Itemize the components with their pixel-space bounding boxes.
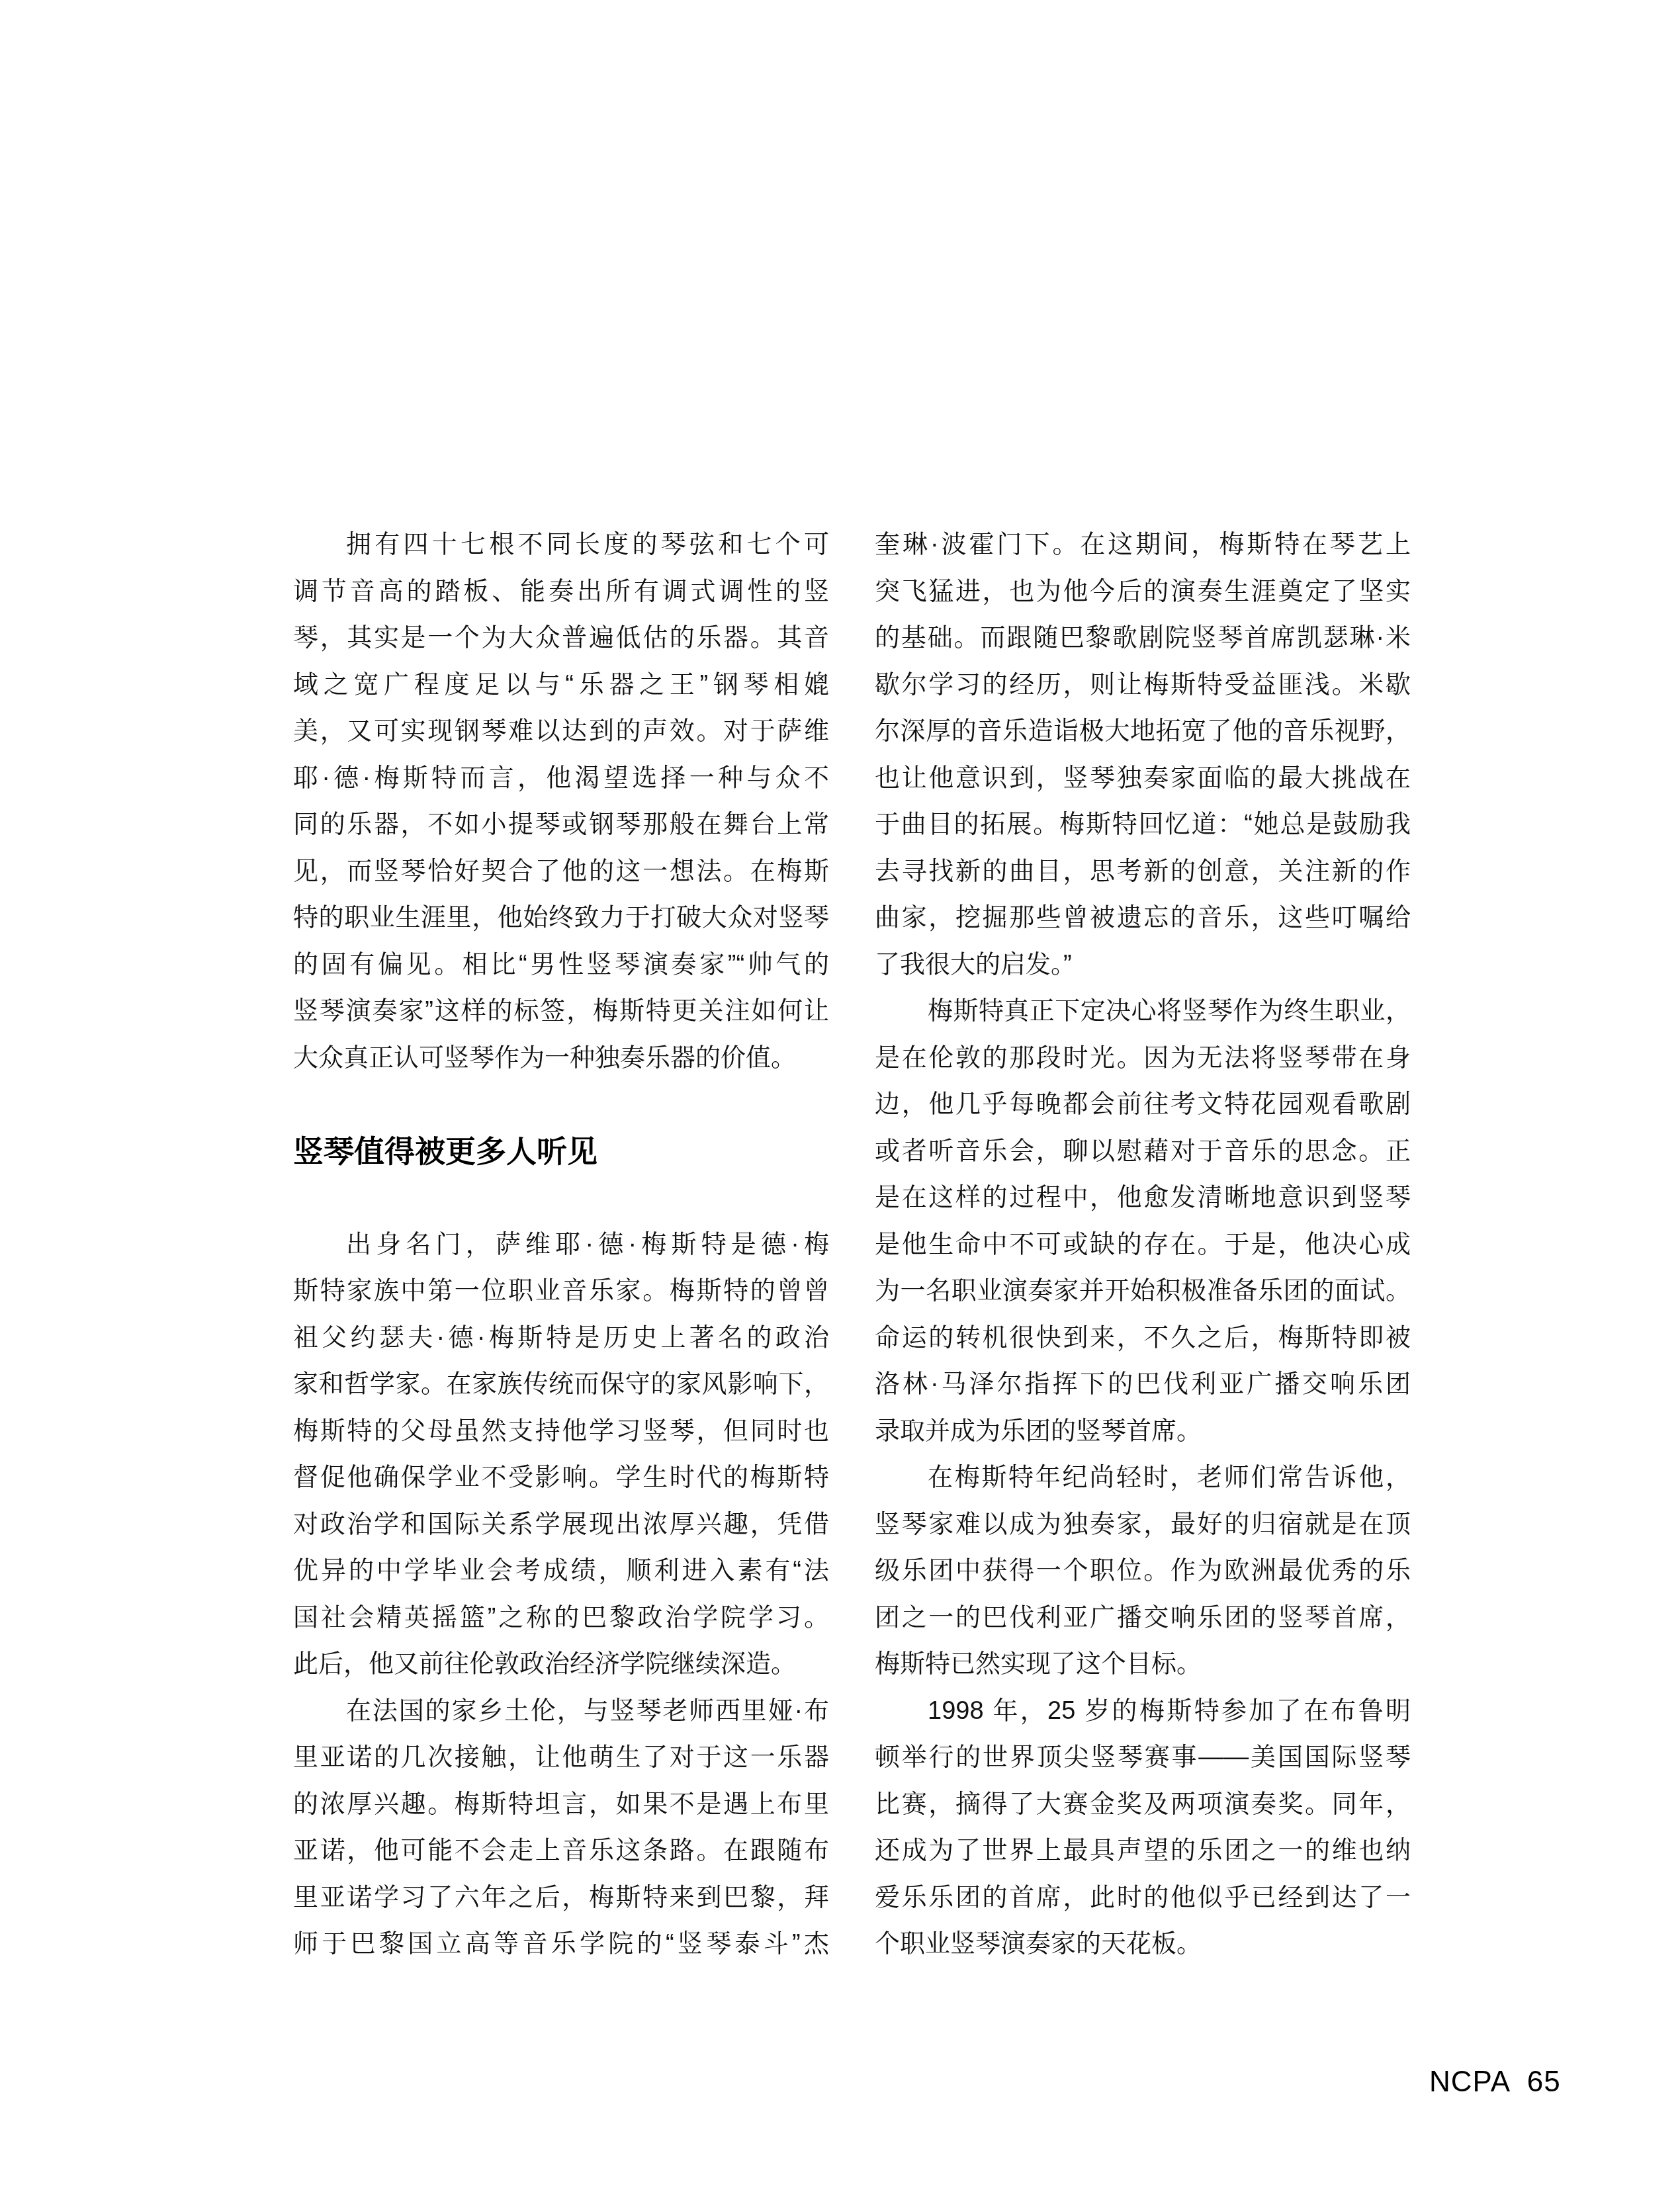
text-line: 美，又可实现钢琴难以达到的声效。对于萨维: [293, 708, 829, 755]
text-line: 级乐团中获得一个职位。作为欧洲最优秀的乐: [875, 1548, 1411, 1595]
text-line: 顿举行的世界顶尖竖琴赛事——美国国际竖琴: [875, 1734, 1411, 1781]
paragraph: 梅斯特真正下定决心将竖琴作为终生职业，是在伦敦的那段时光。因为无法将竖琴带在身边…: [875, 988, 1411, 1454]
text-line: 在法国的家乡土伦，与竖琴老师西里娅·布: [293, 1688, 829, 1735]
text-line: 督促他确保学业不受影响。学生时代的梅斯特: [293, 1454, 829, 1501]
text-line: 于曲目的拓展。梅斯特回忆道：“她总是鼓励我: [875, 801, 1411, 848]
text-line: 录取并成为乐团的竖琴首席。: [875, 1408, 1411, 1455]
text-line: 出身名门，萨维耶·德·梅斯特是德·梅: [293, 1221, 829, 1268]
text-line: 是他生命中不可或缺的存在。于是，他决心成: [875, 1221, 1411, 1268]
text-line: 的浓厚兴趣。梅斯特坦言，如果不是遇上布里: [293, 1781, 829, 1828]
text-line: 曲家，挖掘那些曾被遗忘的音乐，这些叮嘱给: [875, 895, 1411, 941]
text-line: 梅斯特的父母虽然支持他学习竖琴，但同时也: [293, 1408, 829, 1455]
text-line: 在梅斯特年纪尚轻时，老师们常告诉他，: [875, 1454, 1411, 1501]
text-line: 团之一的巴伐利亚广播交响乐团的竖琴首席，: [875, 1595, 1411, 1641]
text-line: 拥有四十七根不同长度的琴弦和七个可: [293, 521, 829, 568]
page-footer: NCPA 65: [1429, 2066, 1561, 2099]
text-line: 是在伦敦的那段时光。因为无法将竖琴带在身: [875, 1035, 1411, 1082]
text-line: 边，他几乎每晚都会前往考文特花园观看歌剧: [875, 1081, 1411, 1128]
section-heading: 竖琴值得被更多人听见: [293, 1128, 829, 1175]
text-line: 此后，他又前往伦敦政治经济学院继续深造。: [293, 1641, 829, 1688]
text-line: 尔深厚的音乐造诣极大地拓宽了他的音乐视野，: [875, 708, 1411, 755]
text-line: 斯特家族中第一位职业音乐家。梅斯特的曾曾: [293, 1268, 829, 1315]
text-line: 了我很大的启发。”: [875, 941, 1411, 988]
text-line: 优异的中学毕业会考成绩，顺利进入素有“法: [293, 1548, 829, 1595]
text-line: 耶·德·梅斯特而言，他渴望选择一种与众不: [293, 755, 829, 802]
paragraph: 在法国的家乡土伦，与竖琴老师西里娅·布里亚诺的几次接触，让他萌生了对于这一乐器的…: [293, 1688, 829, 1968]
text-line: 梅斯特真正下定决心将竖琴作为终生职业，: [875, 988, 1411, 1035]
text-line: 爱乐乐团的首席，此时的他似乎已经到达了一: [875, 1874, 1411, 1921]
text-line: 亚诺，他可能不会走上音乐这条路。在跟随布: [293, 1827, 829, 1874]
text-line: 域之宽广程度足以与“乐器之王”钢琴相媲: [293, 662, 829, 709]
text-line: 歇尔学习的经历，则让梅斯特受益匪浅。米歇: [875, 662, 1411, 709]
text-line: 家和哲学家。在家族传统而保守的家风影响下，: [293, 1361, 829, 1408]
text-line: 祖父约瑟夫·德·梅斯特是历史上著名的政治: [293, 1315, 829, 1362]
text-line: 梅斯特已然实现了这个目标。: [875, 1641, 1411, 1688]
text-line: 或者听音乐会，聊以慰藉对于音乐的思念。正: [875, 1128, 1411, 1175]
text-line: 1998 年，25 岁的梅斯特参加了在布鲁明: [875, 1688, 1411, 1735]
text-line: 个职业竖琴演奏家的天花板。: [875, 1921, 1411, 1968]
paragraph: 奎琳·波霍门下。在这期间，梅斯特在琴艺上突飞猛进，也为他今后的演奏生涯奠定了坚实…: [875, 521, 1411, 988]
text-line: 洛林·马泽尔指挥下的巴伐利亚广播交响乐团: [875, 1361, 1411, 1408]
text-line: 比赛，摘得了大赛金奖及两项演奏奖。同年，: [875, 1781, 1411, 1828]
text-line: 同的乐器，不如小提琴或钢琴那般在舞台上常: [293, 801, 829, 848]
paragraph: 拥有四十七根不同长度的琴弦和七个可调节音高的踏板、能奏出所有调式调性的竖琴，其实…: [293, 521, 829, 1081]
text-line: 去寻找新的曲目，思考新的创意，关注新的作: [875, 848, 1411, 895]
text-line: 琴，其实是一个为大众普遍低估的乐器。其音: [293, 615, 829, 662]
text-line: 突飞猛进，也为他今后的演奏生涯奠定了坚实: [875, 568, 1411, 615]
text-line: 调节音高的踏板、能奏出所有调式调性的竖: [293, 568, 829, 615]
paragraph: 在梅斯特年纪尚轻时，老师们常告诉他，竖琴家难以成为独奏家，最好的归宿就是在顶级乐…: [875, 1454, 1411, 1688]
text-line: 对政治学和国际关系学展现出浓厚兴趣，凭借: [293, 1501, 829, 1548]
text-line: 命运的转机很快到来，不久之后，梅斯特即被: [875, 1315, 1411, 1362]
text-line: 见，而竖琴恰好契合了他的这一想法。在梅斯: [293, 848, 829, 895]
text-line: 竖琴演奏家”这样的标签，梅斯特更关注如何让: [293, 988, 829, 1035]
paragraph: 出身名门，萨维耶·德·梅斯特是德·梅斯特家族中第一位职业音乐家。梅斯特的曾曾祖父…: [293, 1221, 829, 1688]
text-line: 师于巴黎国立高等音乐学院的“竖琴泰斗”杰: [293, 1921, 829, 1968]
text-line: 还成为了世界上最具声望的乐团之一的维也纳: [875, 1827, 1411, 1874]
text-line: 也让他意识到，竖琴独奏家面临的最大挑战在: [875, 755, 1411, 802]
text-column-left: 拥有四十七根不同长度的琴弦和七个可调节音高的踏板、能奏出所有调式调性的竖琴，其实…: [293, 521, 829, 1968]
text-line: 里亚诺学习了六年之后，梅斯特来到巴黎，拜: [293, 1874, 829, 1921]
paragraph: 1998 年，25 岁的梅斯特参加了在布鲁明顿举行的世界顶尖竖琴赛事——美国国际…: [875, 1688, 1411, 1968]
text-column-right: 奎琳·波霍门下。在这期间，梅斯特在琴艺上突飞猛进，也为他今后的演奏生涯奠定了坚实…: [875, 521, 1411, 1968]
text-line: 里亚诺的几次接触，让他萌生了对于这一乐器: [293, 1734, 829, 1781]
text-line: 的固有偏见。相比“男性竖琴演奏家”“帅气的: [293, 941, 829, 988]
text-line: 国社会精英摇篮”之称的巴黎政治学院学习。: [293, 1595, 829, 1641]
text-line: 为一名职业演奏家并开始积极准备乐团的面试。: [875, 1268, 1411, 1315]
magazine-page: 拥有四十七根不同长度的琴弦和七个可调节音高的踏板、能奏出所有调式调性的竖琴，其实…: [0, 0, 1680, 2188]
text-line: 是在这样的过程中，他愈发清晰地意识到竖琴: [875, 1174, 1411, 1221]
text-line: 奎琳·波霍门下。在这期间，梅斯特在琴艺上: [875, 521, 1411, 568]
text-line: 特的职业生涯里，他始终致力于打破大众对竖琴: [293, 895, 829, 941]
text-line: 的基础。而跟随巴黎歌剧院竖琴首席凯瑟琳·米: [875, 615, 1411, 662]
text-line: 竖琴家难以成为独奏家，最好的归宿就是在顶: [875, 1501, 1411, 1548]
text-line: 大众真正认可竖琴作为一种独奏乐器的价值。: [293, 1035, 829, 1082]
